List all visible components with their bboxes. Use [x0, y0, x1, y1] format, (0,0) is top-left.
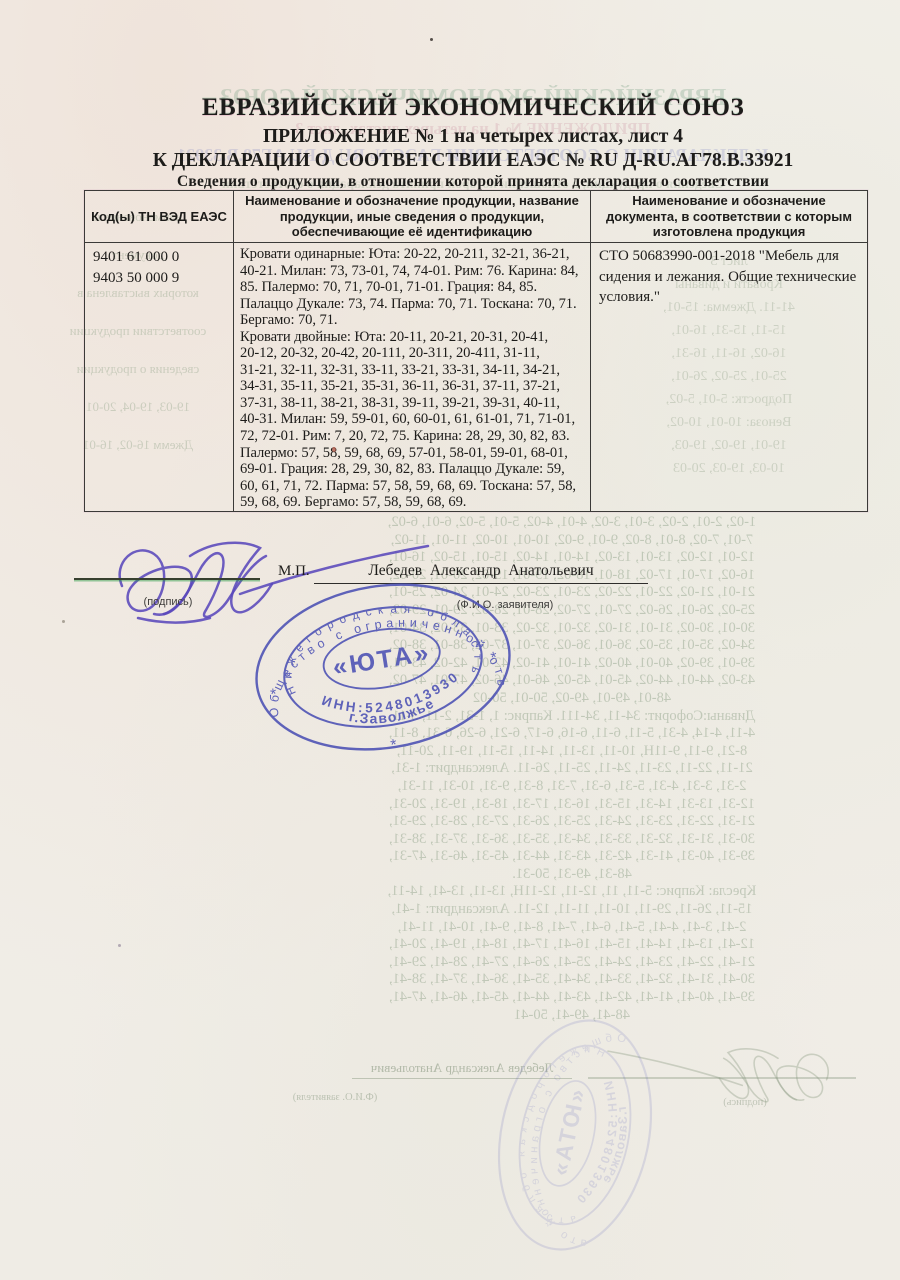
document-title: ЕВРАЗИЙСКИЙ ЭКОНОМИЧЕСКИЙ СОЮЗ — [58, 94, 888, 122]
stamp-star-right: * — [490, 649, 499, 667]
mp-label: М.П. — [278, 563, 310, 580]
stamp-star-bottom: * — [389, 737, 398, 755]
table-caption: Сведения о продукции, в отношении которо… — [58, 173, 888, 191]
bleedthrough-company-stamp: Общество с ограниченной ответственностью… — [465, 993, 684, 1277]
dust-speck — [430, 38, 433, 41]
dust-speck — [332, 447, 336, 452]
document-subtitle-appendix: ПРИЛОЖЕНИЕ № 1 на четырех листах, лист 4 — [58, 126, 888, 148]
products-table: Код(ы) ТН ВЭД ЕАЭС Наименование и обозна… — [84, 190, 868, 512]
scanned-document-page: ЕВРАЗИЙСКИЙ ЭКОНОМИЧЕСКИЙ СОЮЗ ПРИЛОЖЕНИ… — [0, 0, 900, 1280]
bleedthrough-name-caption: (Ф.И.О. заявителя) — [280, 1092, 390, 1103]
table-cell-standard: СТО 50683990-001-2018 "Мебель длясидения… — [591, 243, 867, 511]
signature-caption: (подпись) — [118, 596, 218, 608]
document-subtitle-declaration: К ДЕКЛАРАЦИИ О СООТВЕТСТВИИ ЕАЭС № RU Д-… — [58, 150, 888, 172]
table-header-standard: Наименование и обозначение документа, в … — [591, 191, 867, 243]
table-header-code: Код(ы) ТН ВЭД ЕАЭС — [85, 191, 234, 243]
dust-speck — [118, 944, 121, 947]
signature-line — [74, 578, 260, 580]
table-cell-codes: 9401 61 000 0 9403 50 000 9 — [85, 243, 234, 511]
stamp-center-text: «ЮТА» — [331, 638, 433, 681]
table-cell-products: Кровати одинарные: Юта: 20-22, 20-211, 3… — [234, 243, 591, 511]
table-header-product: Наименование и обозначение продукции, на… — [234, 191, 591, 243]
dust-speck — [62, 620, 65, 623]
